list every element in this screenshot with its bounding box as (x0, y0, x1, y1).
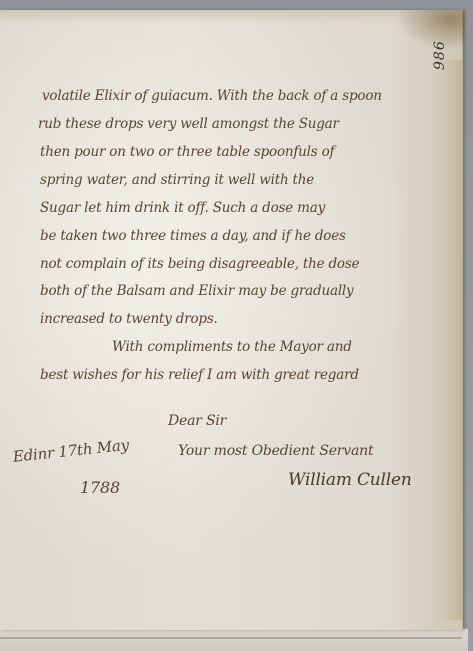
folio-number: 986 (432, 40, 448, 70)
body-line-3: then pour on two or three table spoonful… (40, 144, 334, 160)
edge-stain (436, 60, 462, 620)
signature: William Cullen (288, 470, 412, 490)
underlying-page (0, 628, 468, 650)
body-line-7: not complain of its being disagreeable, … (40, 256, 359, 272)
body-line-1: volatile Elixir of guiacum. With the bac… (42, 88, 382, 104)
body-line-2: rub these drops very well amongst the Su… (38, 116, 339, 132)
body-line-6: be taken two three times a day, and if h… (40, 228, 346, 244)
corner-stain (395, 10, 465, 50)
body-line-8: both of the Balsam and Elixir may be gra… (40, 283, 353, 299)
body-line-9: increased to twenty drops. (40, 311, 218, 327)
body-line-10: With compliments to the Mayor and (112, 339, 352, 355)
paper-top-edge (0, 10, 462, 24)
body-line-5: Sugar let him drink it off. Such a dose … (40, 200, 325, 216)
salutation: Dear Sir (168, 413, 226, 429)
letter-year: 1788 (80, 478, 120, 497)
body-line-11: best wishes for his relief I am with gre… (40, 367, 359, 383)
underlying-page-edge (0, 637, 462, 639)
body-line-4: spring water, and stirring it well with … (40, 172, 314, 188)
closing-phrase: Your most Obedient Servant (178, 443, 373, 459)
